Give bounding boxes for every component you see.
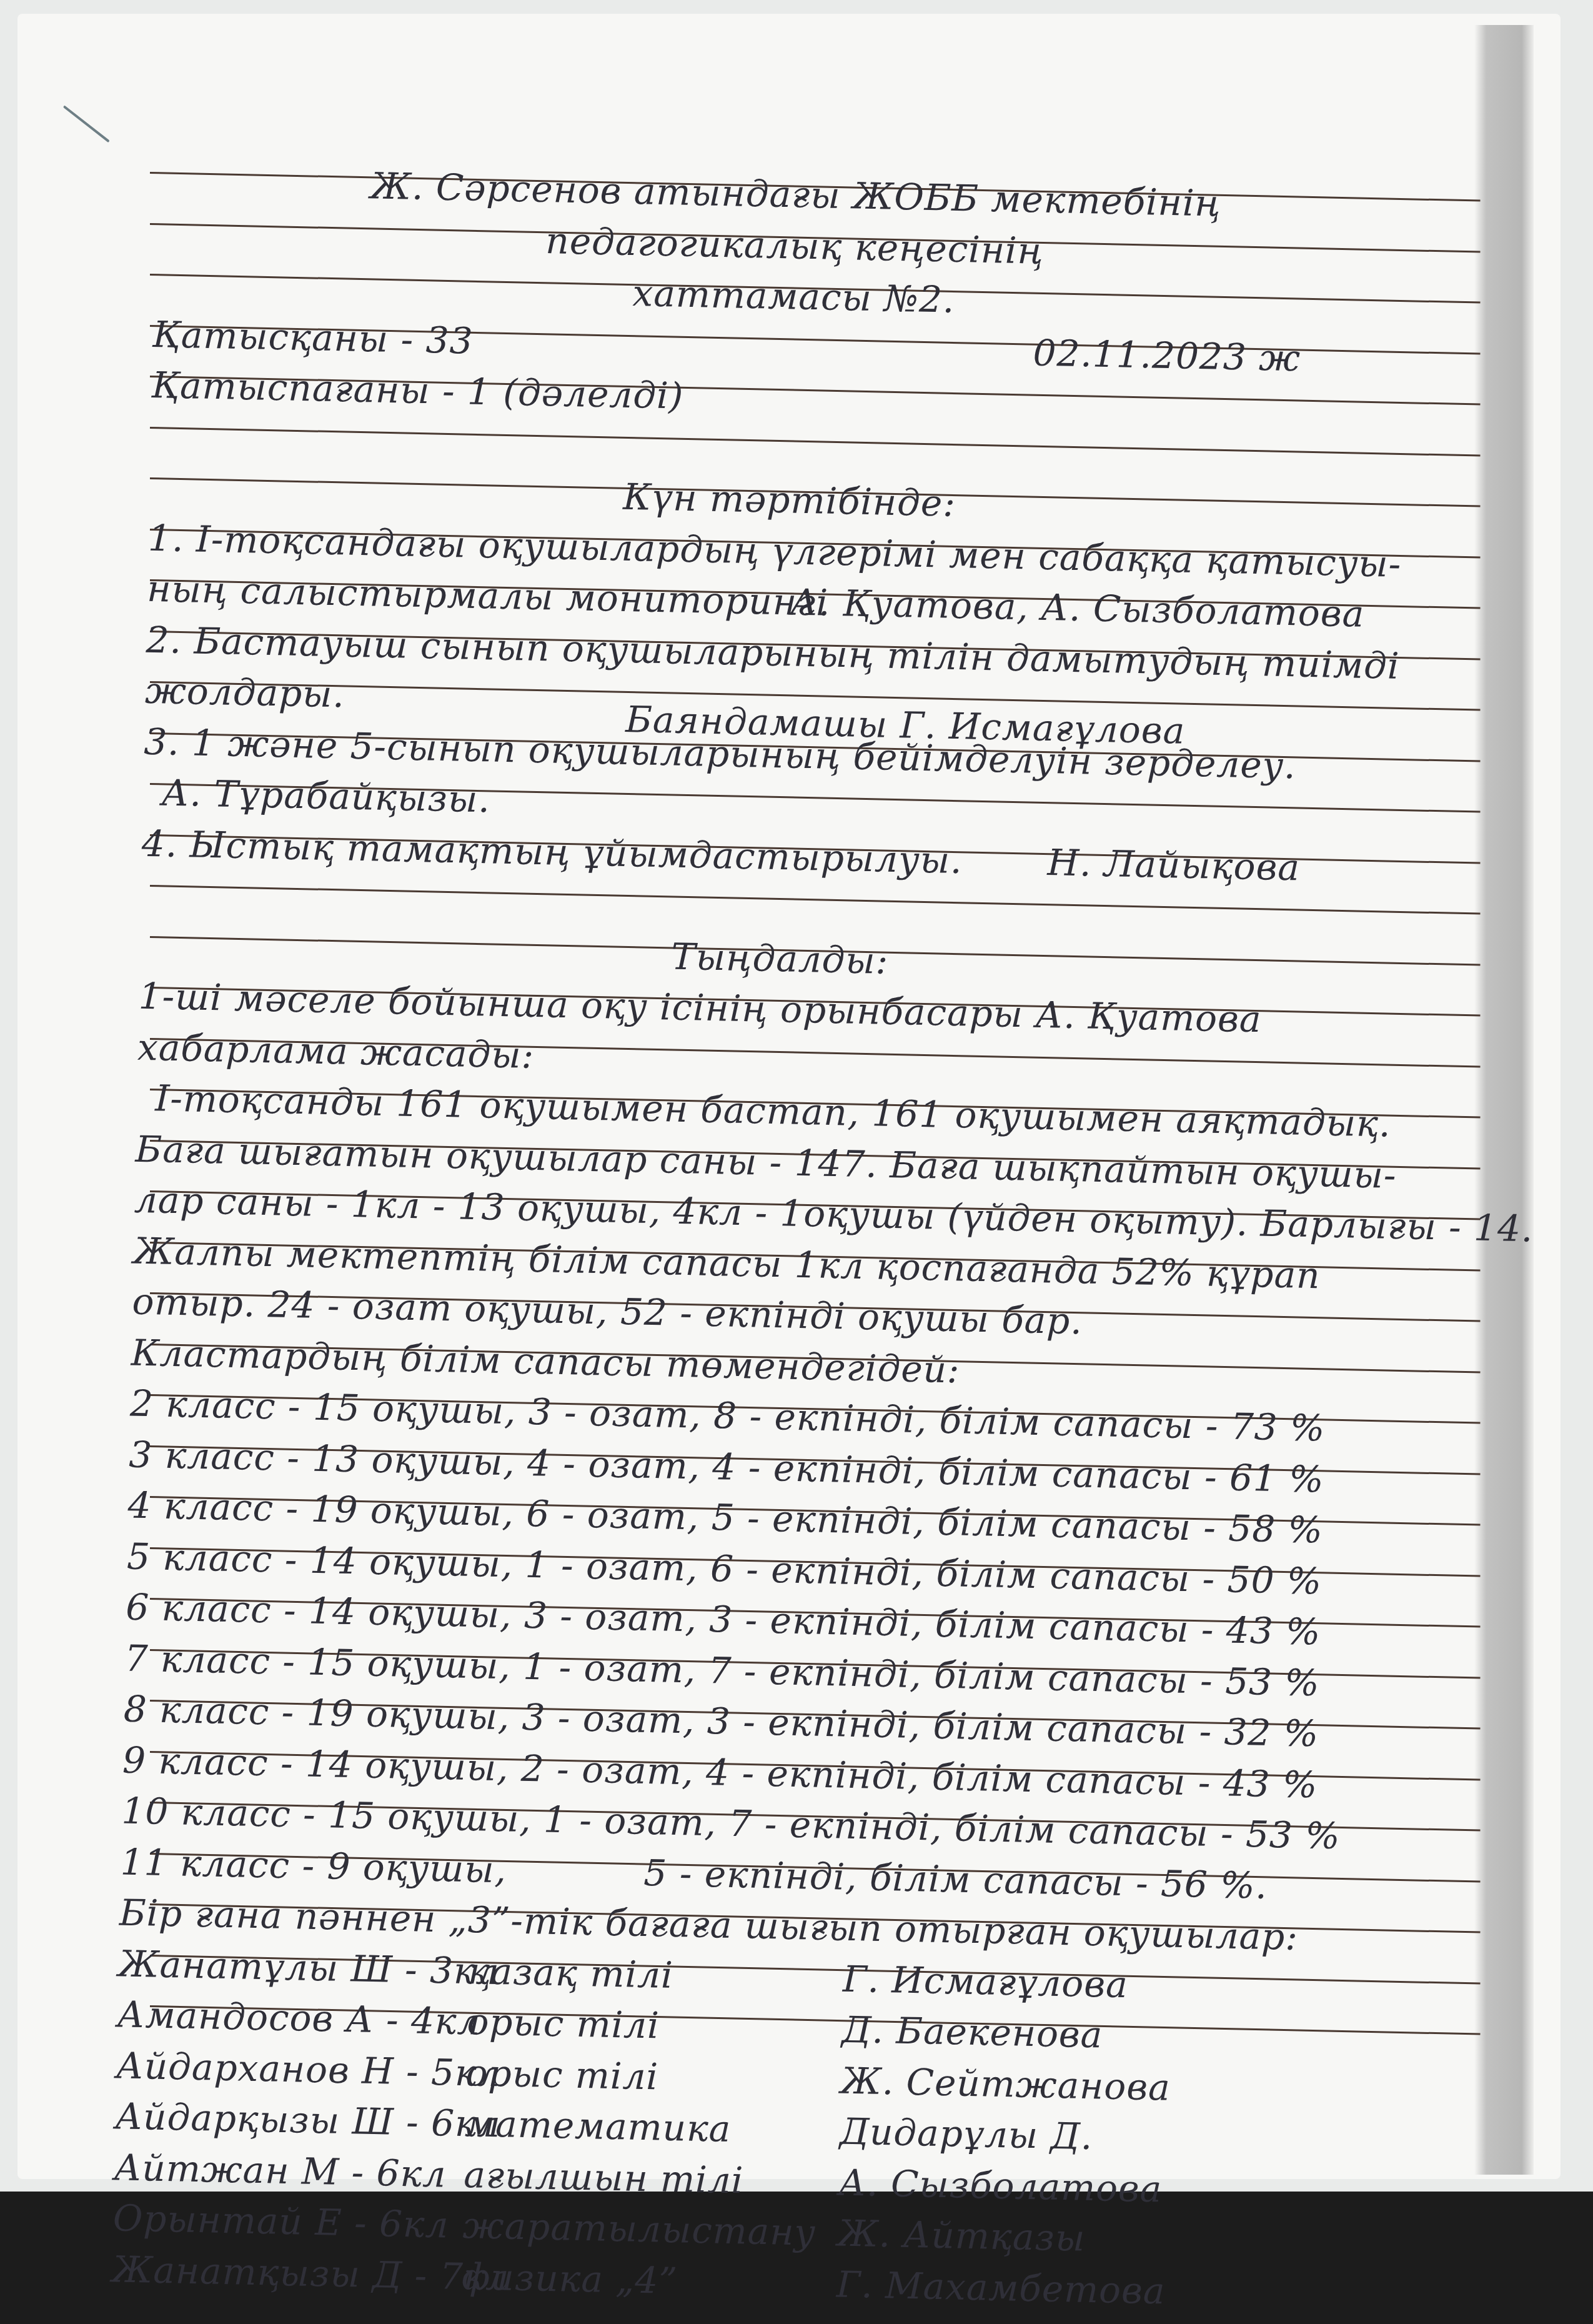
class-good: 3 - екпінді [709, 1598, 911, 1645]
class-quality-label: білім сапасы [934, 1653, 1189, 1702]
class-grade: 4 класс [127, 1484, 274, 1530]
class-students: 19 оқушы [310, 1488, 502, 1534]
student-subject: ағылшын тілі [464, 2150, 840, 2192]
student-subject: математика [464, 2098, 840, 2157]
agenda-item-4-speaker: Н. Лайықова [1047, 837, 1301, 894]
class-quality-label: білім сапасы [954, 1807, 1209, 1855]
class-students: 19 оқушы [306, 1692, 498, 1738]
class-good: 6 - екпінді [710, 1547, 912, 1594]
class-good: 5 - екпінді [643, 1851, 846, 1898]
class-quality-label: білім сапасы [936, 1552, 1191, 1600]
class-grade: 3 класс [129, 1433, 275, 1479]
page-edge-shadow [1474, 25, 1534, 2175]
class-quality-value: 32 % [1224, 1710, 1319, 1755]
student-teacher: Дидарұлы Д. [839, 2107, 1278, 2167]
student-name: Айдарханов Н - 5кл [116, 2040, 467, 2098]
student-name: Айтжан М - 6кл [114, 2142, 465, 2192]
student-teacher: Ж. Сейтжанова [840, 2055, 1279, 2115]
class-grade: 6 класс [126, 1585, 272, 1631]
class-excellent: 3 - озат [528, 1390, 690, 1436]
class-grade: 11 класс [120, 1840, 290, 1887]
class-quality-label: білім сапасы [938, 1450, 1193, 1498]
student-teacher: Д. Баекенова [841, 2005, 1280, 2065]
class-students: 15 оқушы [328, 1793, 520, 1840]
class-students: 14 оқушы [309, 1539, 501, 1585]
class-excellent: 3 - озат [524, 1594, 685, 1640]
class-quality-label: білім сапасы [939, 1399, 1194, 1447]
class-grade: 2 класс [129, 1382, 276, 1428]
class-good: 3 - екпінді [707, 1700, 909, 1747]
class-students: 15 оқушы [307, 1640, 499, 1687]
class-students: 14 оқушы [305, 1742, 497, 1788]
class-quality-value: 50 % [1227, 1558, 1323, 1602]
class-students: 14 оқушы [309, 1590, 500, 1636]
class-quality-value: 43 % [1223, 1762, 1318, 1806]
class-quality-value: 58 % [1228, 1507, 1324, 1551]
class-good: 4 - екпінді [706, 1751, 908, 1798]
class-good: 8 - екпінді [713, 1394, 916, 1441]
student-name: Жанатұлы Ш - 3кл [118, 1938, 469, 1997]
class-quality-value: 53 % [1225, 1660, 1321, 1704]
single-three-list: Жанатұлы Ш - 3клқазақ тіліГ. ИсмағұловаА… [111, 1938, 1399, 2192]
agenda-item-1-text: ның салыстырмалы мониторингі [147, 567, 829, 624]
class-quality-value: 43 % [1226, 1608, 1321, 1653]
class-excellent: 1 - озат [523, 1645, 685, 1690]
student-subject: орыс тілі [467, 1997, 843, 2055]
class-quality-list: 2 класс - 15 оқушы, 3 - озат, 8 - екпінд… [120, 1379, 1411, 1915]
handwritten-minutes: Ж. Сәрсенов атындағы ЖОББ мектебінің пед… [111, 156, 1436, 2192]
class-quality-value: 73 % [1230, 1405, 1326, 1449]
student-subject: қазақ тілі [467, 1946, 843, 2005]
class-quality-label: білім сапасы [933, 1705, 1188, 1753]
class-students: 13 оқушы [312, 1437, 504, 1483]
class-good: 7 - екпінді [708, 1649, 910, 1696]
student-subject: орыс тілі [465, 2048, 841, 2107]
class-good: 7 - екпінді [728, 1802, 931, 1849]
student-teacher: Г. Исмағұлова [842, 1953, 1281, 2013]
student-name: Айдарқызы Ш - 6кл [114, 2091, 465, 2149]
class-grade: 9 класс [122, 1738, 269, 1784]
class-excellent: 1 - озат [543, 1798, 705, 1844]
class-good: 5 - екпінді [711, 1496, 913, 1543]
class-quality-label: білім сапасы [931, 1755, 1186, 1803]
class-quality-value: 61 % [1229, 1456, 1324, 1500]
class-excellent: 3 - озат [522, 1696, 683, 1742]
class-quality-label: білім сапасы [937, 1501, 1192, 1549]
attended-count: Қатысқаны - 33 [152, 312, 474, 362]
class-grade: 5 класс [126, 1535, 273, 1580]
class-grade: 7 класс [124, 1637, 271, 1682]
class-students: 15 оқушы [312, 1386, 504, 1432]
class-excellent: 2 - озат [520, 1747, 682, 1792]
class-quality-value: 56 %. [1160, 1862, 1268, 1907]
class-grade: 10 класс [121, 1789, 292, 1835]
class-quality-label: білім сапасы [935, 1603, 1189, 1651]
class-quality-label: білім сапасы [869, 1856, 1124, 1904]
class-quality-value: 53 % [1245, 1813, 1341, 1857]
student-name: Амандосов А - 4кл [117, 1989, 468, 2047]
meeting-date: 02.11.2023 ж [1033, 327, 1301, 384]
agenda-item-2-text: жолдары. [144, 669, 345, 716]
class-good: 4 - екпінді [712, 1445, 915, 1492]
class-excellent: 4 - озат [527, 1441, 688, 1487]
class-excellent: 6 - озат [526, 1492, 688, 1538]
class-students: 9 оқушы [327, 1845, 495, 1891]
class-grade: 8 класс [123, 1687, 270, 1733]
class-excellent: 1 - озат [525, 1543, 687, 1588]
